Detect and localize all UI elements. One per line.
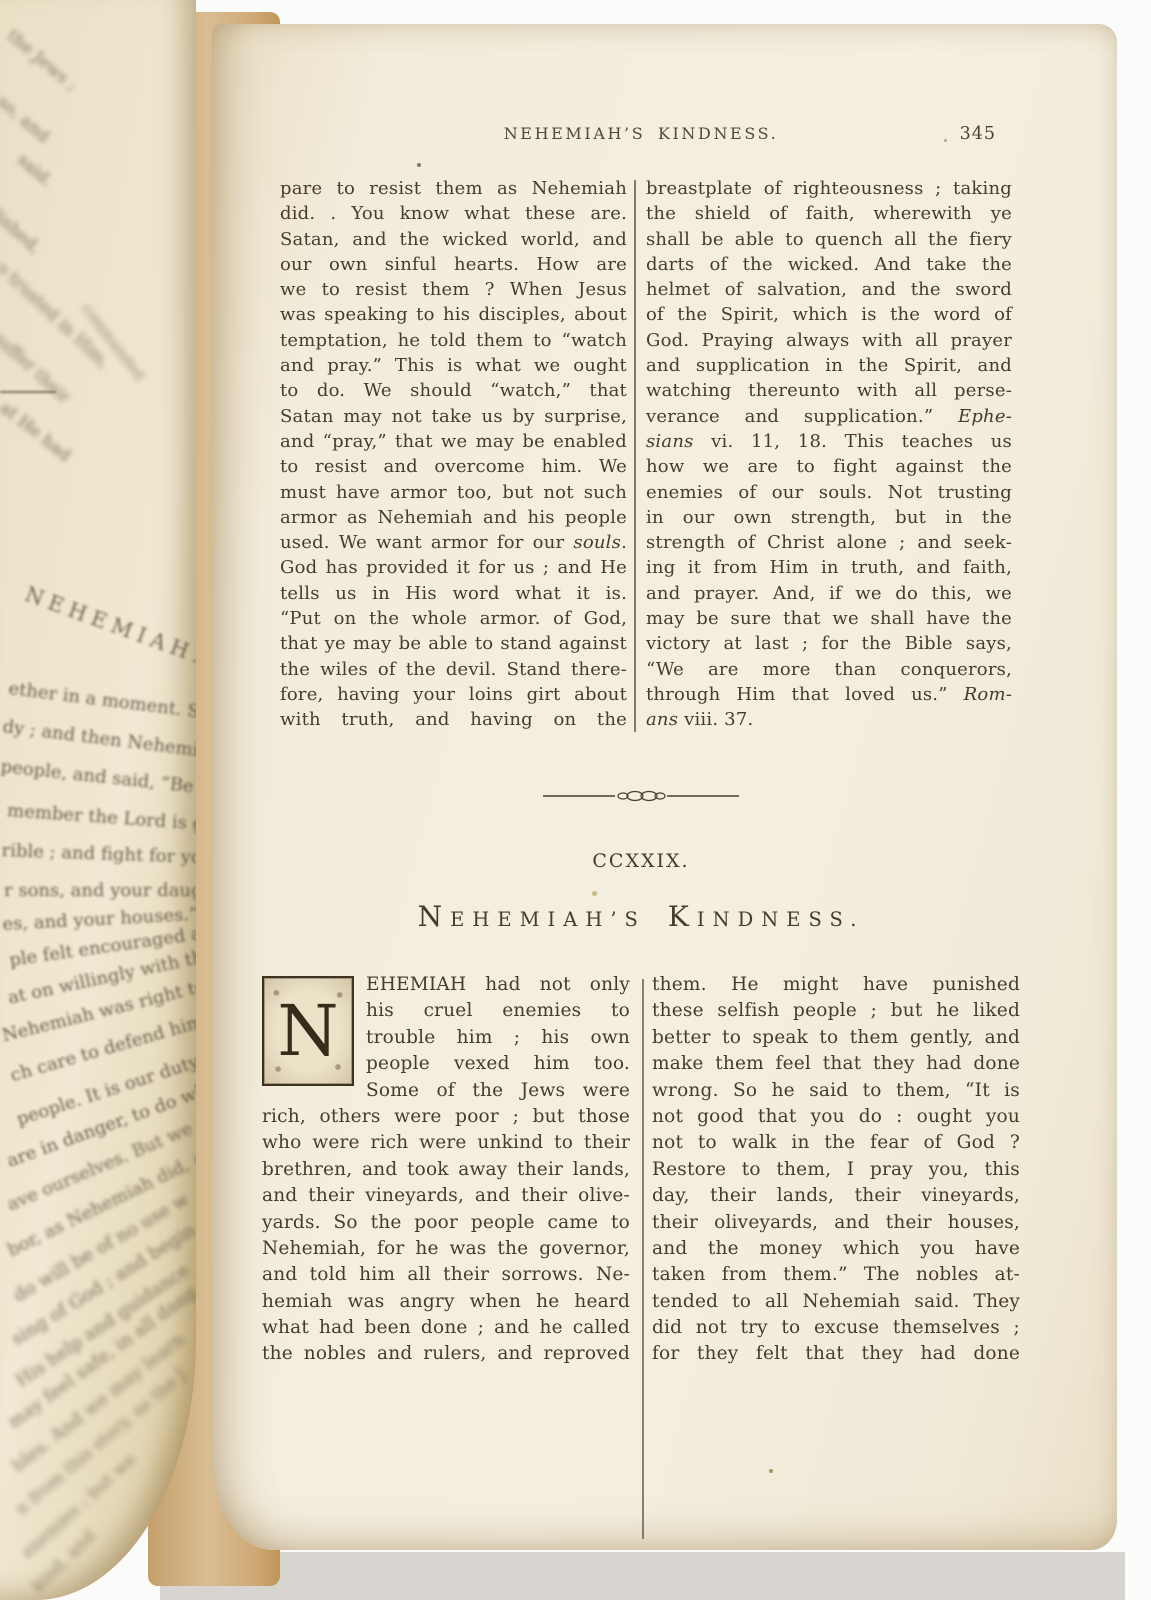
left-page-text-fragment: dy ; and then Nehemiah r xyxy=(1,716,196,765)
text-line: through Him that loved us.” Rom- xyxy=(646,682,1012,707)
text-line: “Put on the whole armor. of God, xyxy=(280,606,627,631)
left-page-text-fragment: people, and said, “Be not xyxy=(0,756,196,801)
text-line: not good that you do : ought you xyxy=(652,1104,1020,1130)
text-line: make them feel that they had done xyxy=(652,1051,1020,1077)
text-line: used. We want armor for our souls. xyxy=(280,530,627,555)
text-line: temptation, he told them to “watch xyxy=(280,328,627,353)
text-line: and prayer. And, if we do this, we xyxy=(646,581,1012,606)
text-line: how we are to fight against the xyxy=(646,454,1012,479)
upper-article: pare to resist them as Nehemiahdid. . Yo… xyxy=(212,176,1117,746)
text-line: yards. So the poor people came to xyxy=(262,1210,630,1236)
text-line: darts of the wicked. And take the xyxy=(646,252,1012,277)
text-line: must have armor too, but not such xyxy=(280,480,627,505)
text-line: taken from them.” The nobles at- xyxy=(652,1262,1020,1288)
text-line: God. Praying always with all prayer xyxy=(646,328,1012,353)
text-line: tended to all Nehemiah said. They xyxy=(652,1289,1020,1315)
section-divider xyxy=(276,788,1006,808)
chain-ornament-icon xyxy=(541,788,741,804)
text-line: may be sure that we shall have the xyxy=(646,606,1012,631)
text-line: pare to resist them as Nehemiah xyxy=(280,176,627,201)
title-initial-n: N xyxy=(418,900,451,933)
column-divider-rule-2 xyxy=(642,979,644,1539)
text-line: not to walk in the fear of God ? xyxy=(652,1130,1020,1156)
text-line: brethren, and took away their lands, xyxy=(262,1157,630,1183)
page-number: 345 xyxy=(960,124,996,144)
section-title: NEHEMIAH’SKINDNESS. xyxy=(276,900,1006,933)
text-line: enemies of our souls. Not trusting xyxy=(646,480,1012,505)
text-line: in our own strength, but in the xyxy=(646,505,1012,530)
text-line: did. . You know what these are. xyxy=(280,201,627,226)
left-page-text-fragment: rible ; and fight for your br xyxy=(1,840,196,870)
text-line: we to resist them ? When Jesus xyxy=(280,277,627,302)
text-line: “We are more than conquerors, xyxy=(646,657,1012,682)
text-line: for they felt that they had done xyxy=(652,1341,1020,1367)
text-line: Satan may not take us by surprise, xyxy=(280,404,627,429)
text-line: tells us in His word what it is. xyxy=(280,581,627,606)
left-page-text-fragment: lished, xyxy=(0,206,45,258)
text-line: their oliveyards, and their houses, xyxy=(652,1210,1020,1236)
lower-left-column: N EHEMIAH had not onlyhis cruel enemies … xyxy=(262,972,630,1368)
text-line: and the money which you have xyxy=(652,1236,1020,1262)
left-page: the Jews ;so, andsaid.lished,o trusted i… xyxy=(0,0,196,1600)
left-page-text-fragment: at He had xyxy=(0,398,75,466)
text-line: Satan, and the wicked world, and xyxy=(280,227,627,252)
text-line: victory at last ; for the Bible says, xyxy=(646,631,1012,656)
table-surface xyxy=(160,1552,1125,1600)
chapter-number: CCXXIX. xyxy=(276,850,1006,872)
text-line: was speaking to his disciples, about xyxy=(280,302,627,327)
text-line: them. He might have punished xyxy=(652,972,1020,998)
text-line: Nehemiah, for he was the governor, xyxy=(262,1236,630,1262)
text-line: watching thereunto with all perse- xyxy=(646,378,1012,403)
ink-speck xyxy=(592,891,597,896)
text-line: fore, having your loins girt about xyxy=(280,682,627,707)
text-line: and supplication in the Spirit, and xyxy=(646,353,1012,378)
text-line: hemiah was angry when he heard xyxy=(262,1289,630,1315)
lower-right-column: them. He might have punishedthese selfis… xyxy=(652,972,1020,1368)
text-line: armor as Nehemiah and his people xyxy=(280,505,627,530)
title-initial-k: K xyxy=(668,900,697,933)
text-line: to do. We should “watch,” that xyxy=(280,378,627,403)
text-line: day, their lands, their vineyards, xyxy=(652,1183,1020,1209)
left-page-rule xyxy=(0,391,56,393)
upper-left-column: pare to resist them as Nehemiahdid. . Yo… xyxy=(280,176,627,733)
text-line: verance and supplication.” Ephe- xyxy=(646,404,1012,429)
text-line: of the Spirit, which is the word of xyxy=(646,302,1012,327)
upper-right-column: breastplate of righteousness ; takingthe… xyxy=(646,176,1012,733)
text-line: that ye may be able to stand against xyxy=(280,631,627,656)
lower-article: N EHEMIAH had not onlyhis cruel enemies … xyxy=(212,972,1117,1392)
running-head-title: NEHEMIAH’S KINDNESS. xyxy=(504,124,779,143)
text-line: helmet of salvation, and the sword xyxy=(646,277,1012,302)
book-photo: { "photo": { "background_color": "#fbfbf… xyxy=(0,0,1151,1600)
text-line: what had been done ; and he called xyxy=(262,1315,630,1341)
text-line: Restore to them, I pray you, this xyxy=(652,1157,1020,1183)
text-line: rich, others were poor ; but those xyxy=(262,1104,630,1130)
left-page-text-fragment: r sons, and your daughte xyxy=(4,880,196,901)
title-rest-2: INDNESS. xyxy=(697,908,865,931)
book-page: NEHEMIAH’S KINDNESS. 345 pare to resist … xyxy=(212,24,1117,1550)
text-line: the nobles and rulers, and reproved xyxy=(262,1341,630,1367)
left-page-text-fragment: so, and xyxy=(0,92,53,147)
text-line: shall be able to quench all the fiery xyxy=(646,227,1012,252)
left-page-text-fragment: ether in a moment. So i xyxy=(7,678,196,725)
text-line: the wiles of the devil. Stand there- xyxy=(280,657,627,682)
title-rest-1: EHEMIAH’S xyxy=(450,908,646,931)
text-line: better to speak to them gently, and xyxy=(652,1025,1020,1051)
ink-speck xyxy=(417,163,421,167)
text-line: and their vineyards, and their olive- xyxy=(262,1183,630,1209)
ink-speck xyxy=(944,139,947,142)
left-page-text-fragment: member the Lord is gr xyxy=(7,800,196,835)
text-line: with truth, and having on the xyxy=(280,707,627,732)
left-page-text-fragment: suffer their xyxy=(0,328,74,408)
left-page-text-fragment: said. xyxy=(13,150,57,191)
text-line: and pray.” This is what we ought xyxy=(280,353,627,378)
text-line: did not try to excuse themselves ; xyxy=(652,1315,1020,1341)
text-line: sians vi. 11, 18. This teaches us xyxy=(646,429,1012,454)
text-line: wrong. So he said to them, “It is xyxy=(652,1078,1020,1104)
text-line: ing it from Him in truth, and faith, xyxy=(646,555,1012,580)
column-divider-rule xyxy=(634,180,636,732)
text-line: breastplate of righteousness ; taking xyxy=(646,176,1012,201)
text-line: and told him all their sorrows. Ne- xyxy=(262,1262,630,1288)
text-line: our own sinful hearts. How are xyxy=(280,252,627,277)
text-line: these selfish people ; but he liked xyxy=(652,998,1020,1024)
text-line: the shield of faith, wherewith ye xyxy=(646,201,1012,226)
left-page-text-fragment: NEHEMIAH. xyxy=(22,582,196,670)
left-page-text-fragment: the Jews ; xyxy=(3,26,81,96)
running-head: NEHEMIAH’S KINDNESS. 345 xyxy=(276,124,1006,150)
text-line: ans viii. 37. xyxy=(646,707,1012,732)
text-line: and “pray,” that we may be enabled xyxy=(280,429,627,454)
ink-speck xyxy=(769,1469,773,1473)
ornate-drop-cap: N xyxy=(262,976,354,1086)
text-line: to resist and overcome him. We xyxy=(280,454,627,479)
text-line: strength of Christ alone ; and seek- xyxy=(646,530,1012,555)
text-line: God has provided it for us ; and He xyxy=(280,555,627,580)
text-line: who were rich were unkind to their xyxy=(262,1130,630,1156)
